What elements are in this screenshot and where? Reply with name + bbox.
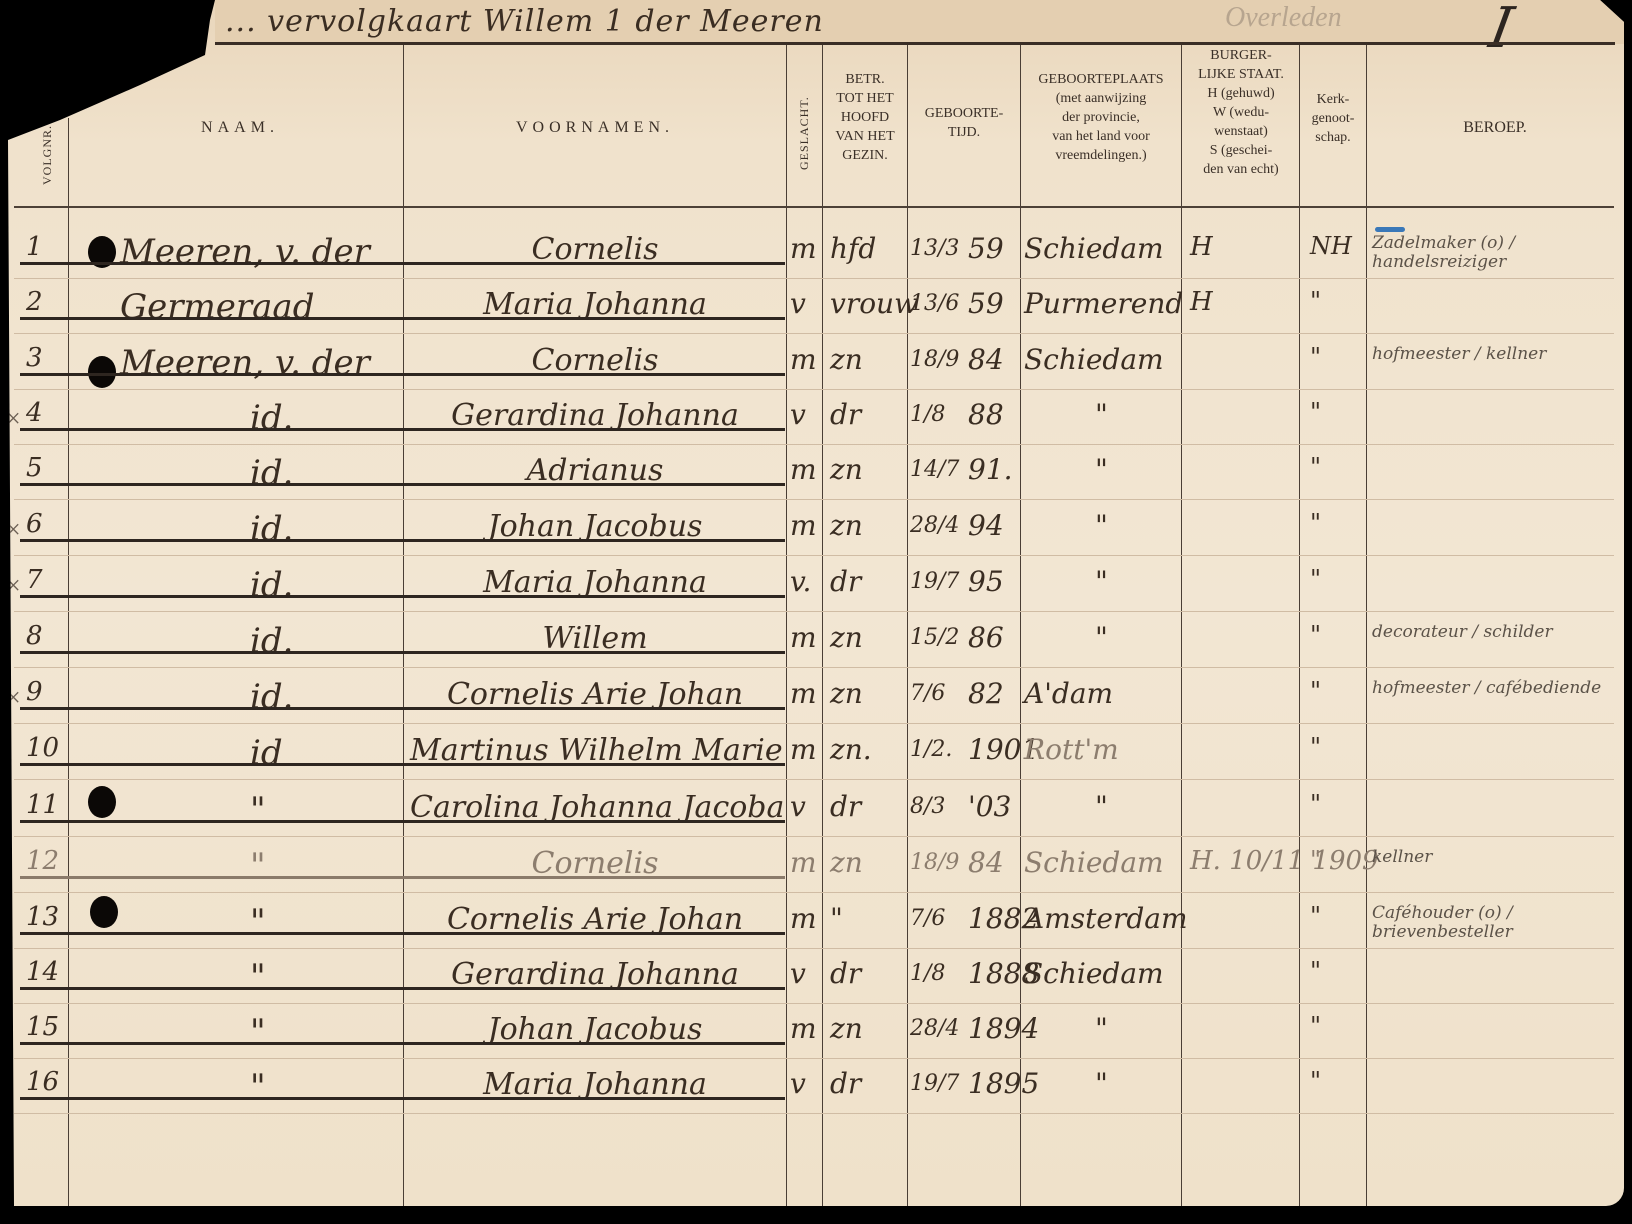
register-card: ... vervolgkaart Willem 1 der Meeren Ove… — [0, 0, 1624, 1206]
header-geslacht: GESLACHT. — [797, 96, 812, 170]
row-geslacht: v — [790, 1067, 806, 1100]
row-geboorteplaats: Schiedam — [1024, 957, 1164, 990]
row-geslacht: v — [790, 957, 806, 990]
strikethrough-line — [20, 428, 785, 431]
row-geboorteplaats: " — [1095, 453, 1108, 486]
row-geboorteplaats: Amsterdam — [1024, 902, 1188, 935]
ruled-line — [14, 389, 1614, 390]
row-geboorteplaats: " — [1095, 509, 1108, 542]
row-geboorteplaats: " — [1095, 1012, 1108, 1045]
ruled-line — [14, 499, 1614, 500]
row-geboortejaar: 95 — [968, 565, 1004, 598]
table-row: 14"Gerardina Johannavdr1/81888Schiedam" — [0, 953, 1624, 1007]
row-kerkgenootschap: " — [1310, 453, 1321, 481]
row-kerkgenootschap: " — [1310, 1067, 1321, 1095]
row-naam: id. — [250, 398, 293, 438]
strikethrough-line — [20, 876, 785, 879]
row-kerkgenootschap: " — [1310, 677, 1321, 705]
header-geboortetijd: GEBOORTE- TIJD. — [909, 104, 1019, 142]
row-kerkgenootschap: " — [1310, 790, 1321, 818]
row-geboorteplaats: Purmerend — [1024, 287, 1183, 320]
strikethrough-line — [20, 317, 785, 320]
row-number: 7 — [26, 565, 43, 595]
table-row: 8id.Willemmzn15/286""decorateur / schild… — [0, 617, 1624, 671]
row-geboortejaar: 59 — [968, 232, 1004, 265]
row-betrekking: dr — [830, 790, 861, 823]
strikethrough-line — [20, 1042, 785, 1045]
row-burgerlijke-staat: H — [1190, 232, 1213, 262]
row-number: 16 — [26, 1067, 59, 1097]
row-geslacht: v — [790, 790, 806, 823]
row-betrekking: zn — [830, 343, 863, 376]
row-geboortejaar: 1895 — [968, 1067, 1039, 1100]
row-number: 9 — [26, 677, 43, 707]
row-geslacht: m — [790, 343, 817, 376]
strikethrough-line — [20, 1097, 785, 1100]
faint-stamp: Overleden — [1225, 2, 1342, 34]
row-kerkgenootschap: " — [1310, 343, 1321, 371]
row-naam: " — [250, 957, 266, 997]
strikethrough-line — [20, 373, 785, 376]
row-geslacht: v — [790, 287, 806, 320]
row-geboorteplaats: Schiedam — [1024, 343, 1164, 376]
row-betrekking: vrouw — [830, 287, 918, 320]
row-geslacht: v — [790, 398, 806, 431]
row-number: 4 — [26, 398, 43, 428]
row-geboortedatum: 7/6 — [910, 906, 945, 931]
row-naam: id — [250, 733, 283, 773]
row-number: 1 — [26, 232, 43, 262]
row-naam: Germeraad — [120, 287, 314, 327]
row-geboortedatum: 14/7 — [910, 457, 959, 482]
ruled-line — [14, 555, 1614, 556]
row-naam: " — [250, 902, 266, 942]
row-kerkgenootschap: " — [1310, 957, 1321, 985]
row-naam: id. — [250, 509, 293, 549]
row-naam: id. — [250, 677, 293, 717]
table-row: 7id.Maria Johannav.dr19/795""× — [0, 561, 1624, 615]
row-betrekking: zn — [830, 453, 863, 486]
row-geslacht: m — [790, 733, 817, 766]
row-kerkgenootschap: " — [1310, 565, 1321, 593]
row-betrekking: dr — [830, 1067, 861, 1100]
row-geboortejaar: 84 — [968, 343, 1004, 376]
row-geboorteplaats: A'dam — [1024, 677, 1113, 710]
row-kerkgenootschap: " — [1310, 287, 1321, 315]
row-betrekking: zn. — [830, 733, 872, 766]
ruled-line — [14, 1003, 1614, 1004]
strikethrough-line — [20, 262, 785, 265]
row-betrekking: dr — [830, 957, 861, 990]
row-geboortedatum: 18/9 — [910, 850, 959, 875]
row-number: 15 — [26, 1012, 59, 1042]
row-kerkgenootschap: " — [1310, 733, 1321, 761]
table-row: 1Meeren, v. derCornelismhfd13/359Schieda… — [0, 228, 1624, 282]
ruled-line — [14, 779, 1614, 780]
header-voornamen: VOORNAMEN. — [420, 118, 770, 138]
row-betrekking: dr — [830, 565, 861, 598]
row-betrekking: zn — [830, 509, 863, 542]
ruled-line — [14, 611, 1614, 612]
row-geboortedatum: 19/7 — [910, 569, 959, 594]
row-number: 3 — [26, 343, 43, 373]
row-geboortedatum: 8/3 — [910, 794, 945, 819]
table-row: 13"Cornelis Arie Johanm"7/61882Amsterdam… — [0, 898, 1624, 952]
row-beroep: kellner — [1372, 848, 1617, 867]
row-geboortejaar: 82 — [968, 677, 1004, 710]
row-kerkgenootschap: NH — [1310, 232, 1352, 260]
row-geboortedatum: 28/4 — [910, 513, 959, 538]
row-beroep: hofmeester / cafébediende — [1372, 679, 1617, 698]
row-kerkgenootschap: " — [1310, 846, 1321, 874]
row-betrekking: " — [830, 902, 843, 935]
row-geboorteplaats: Schiedam — [1024, 846, 1164, 879]
row-number: 12 — [26, 846, 59, 876]
strikethrough-line — [20, 707, 785, 710]
row-geboortejaar: 88 — [968, 398, 1004, 431]
row-betrekking: dr — [830, 398, 861, 431]
row-betrekking: hfd — [830, 232, 876, 265]
table-row: 9id.Cornelis Arie Johanmzn7/682A'dam"hof… — [0, 673, 1624, 727]
card-title: ... vervolgkaart Willem 1 der Meeren — [225, 4, 824, 39]
row-kerkgenootschap: " — [1310, 902, 1321, 930]
strikethrough-line — [20, 651, 785, 654]
row-burgerlijke-staat: H — [1190, 287, 1213, 317]
ruled-line — [14, 667, 1614, 668]
row-number: 2 — [26, 287, 43, 317]
ruled-line — [14, 836, 1614, 837]
table-row: 12"Cornelismzn18/984SchiedamH. 10/11 190… — [0, 842, 1624, 896]
table-row: 3Meeren, v. derCornelismzn18/984Schiedam… — [0, 339, 1624, 393]
row-naam: " — [250, 846, 266, 886]
row-number: 8 — [26, 621, 43, 651]
row-naam: id. — [250, 565, 293, 605]
ruled-line — [14, 278, 1614, 279]
ruled-line — [14, 1113, 1614, 1114]
table-row: 4id.Gerardina Johannavdr1/888""× — [0, 394, 1624, 448]
row-betrekking: zn — [830, 677, 863, 710]
row-naam: " — [250, 1012, 266, 1052]
row-geslacht: m — [790, 677, 817, 710]
ruled-line — [14, 723, 1614, 724]
header-beroep: BEROEP. — [1380, 118, 1610, 138]
row-naam: id. — [250, 621, 293, 661]
row-geboorteplaats: Schiedam — [1024, 232, 1164, 265]
row-betrekking: zn — [830, 1012, 863, 1045]
row-naam: id. — [250, 453, 293, 493]
row-geboortejaar: 59 — [968, 287, 1004, 320]
row-kerkgenootschap: " — [1310, 398, 1321, 426]
ruled-line — [14, 1058, 1614, 1059]
ruled-line — [14, 333, 1614, 334]
cross-mark-icon: × — [6, 683, 21, 713]
row-beroep: Caféhouder (o) / brievenbesteller — [1372, 904, 1617, 942]
row-naam: " — [250, 1067, 266, 1107]
row-beroep: hofmeester / kellner — [1372, 345, 1617, 364]
row-number: 6 — [26, 509, 43, 539]
row-geslacht: m — [790, 509, 817, 542]
row-number: 10 — [26, 733, 59, 763]
row-beroep: Zadelmaker (o) / handelsreiziger — [1372, 234, 1617, 272]
cross-mark-icon: × — [6, 571, 21, 601]
table-row: 11"Carolina Johanna Jacobavdr8/3'03"" — [0, 786, 1624, 840]
row-geboortedatum: 28/4 — [910, 1016, 959, 1041]
row-geboortejaar: 91. — [968, 453, 1013, 486]
table-row: 6id.Johan Jacobusmzn28/494""× — [0, 505, 1624, 559]
strikethrough-line — [20, 763, 785, 766]
row-number: 13 — [26, 902, 59, 932]
strikethrough-line — [20, 483, 785, 486]
row-kerkgenootschap: " — [1310, 509, 1321, 537]
row-geboorteplaats: " — [1095, 565, 1108, 598]
row-betrekking: zn — [830, 621, 863, 654]
row-beroep: decorateur / schilder — [1372, 623, 1617, 642]
strikethrough-line — [20, 539, 785, 542]
header-betrekking: BETR. TOT HET HOOFD VAN HET GEZIN. — [824, 70, 906, 165]
table-row: 16"Maria Johannavdr19/71895"" — [0, 1063, 1624, 1117]
table-row: 15"Johan Jacobusmzn28/41894"" — [0, 1008, 1624, 1062]
header-geboorteplaats: GEBOORTEPLAATS (met aanwijzing der provi… — [1021, 70, 1181, 165]
row-kerkgenootschap: " — [1310, 1012, 1321, 1040]
row-number: 14 — [26, 957, 59, 987]
row-geboortedatum: 19/7 — [910, 1071, 959, 1096]
header-naam: NAAM. — [150, 118, 330, 138]
table-row: 2GermeraadMaria Johannavvrouw13/659Purme… — [0, 283, 1624, 337]
row-geslacht: m — [790, 232, 817, 265]
header-volgnr: VOLGNR. — [40, 125, 55, 185]
header-rule — [14, 206, 1614, 208]
row-geslacht: m — [790, 846, 817, 879]
row-betrekking: zn — [830, 846, 863, 879]
row-geslacht: m — [790, 1012, 817, 1045]
row-number: 5 — [26, 453, 43, 483]
row-geboortedatum: 1/8 — [910, 402, 945, 427]
top-rule — [215, 42, 1615, 45]
ruled-line — [14, 892, 1614, 893]
row-geboortejaar: 84 — [968, 846, 1004, 879]
row-geboortedatum: 1/2. — [910, 737, 952, 762]
row-geboorteplaats: " — [1095, 1067, 1108, 1100]
row-geslacht: m — [790, 621, 817, 654]
row-geboortedatum: 13/3 — [910, 236, 959, 261]
ruled-line — [14, 948, 1614, 949]
row-naam: Meeren, v. der — [120, 343, 370, 383]
header-burgerlijke-staat: BURGER- LIJKE STAAT. H (gehuwd) W (wedu-… — [1182, 46, 1300, 179]
row-geboortedatum: 13/6 — [910, 291, 959, 316]
ruled-line — [14, 444, 1614, 445]
row-geboortedatum: 1/8 — [910, 961, 945, 986]
row-geboortedatum: 15/2 — [910, 625, 959, 650]
strikethrough-line — [20, 932, 785, 935]
row-geboortedatum: 7/6 — [910, 681, 945, 706]
strikethrough-line — [20, 595, 785, 598]
header-kerkgenootschap: Kerk- genoot- schap. — [1300, 90, 1366, 147]
table-row: 5id.Adrianusmzn14/791."" — [0, 449, 1624, 503]
row-geboorteplaats: Rott'm — [1024, 733, 1119, 766]
row-kerkgenootschap: " — [1310, 621, 1321, 649]
row-geslacht: m — [790, 902, 817, 935]
row-geboortejaar: 86 — [968, 621, 1004, 654]
table-row: 10idMartinus Wilhelm Mariemzn.1/2.1901Ro… — [0, 729, 1624, 783]
row-geboortejaar: 94 — [968, 509, 1004, 542]
row-geslacht: m — [790, 453, 817, 486]
row-geboorteplaats: " — [1095, 621, 1108, 654]
row-geboortejaar: '03 — [968, 790, 1011, 823]
row-geboortejaar: 1894 — [968, 1012, 1039, 1045]
cross-mark-icon: × — [6, 404, 21, 434]
cross-mark-icon: × — [6, 515, 21, 545]
row-naam: Meeren, v. der — [120, 232, 370, 272]
row-geslacht: v. — [790, 565, 811, 598]
row-burgerlijke-staat: H. 10/11 1909 — [1190, 846, 1379, 876]
row-geboorteplaats: " — [1095, 398, 1108, 431]
row-naam: " — [250, 790, 266, 830]
strikethrough-line — [20, 820, 785, 823]
strikethrough-line — [20, 987, 785, 990]
row-geboortedatum: 18/9 — [910, 347, 959, 372]
row-number: 11 — [26, 790, 59, 820]
row-geboorteplaats: " — [1095, 790, 1108, 823]
